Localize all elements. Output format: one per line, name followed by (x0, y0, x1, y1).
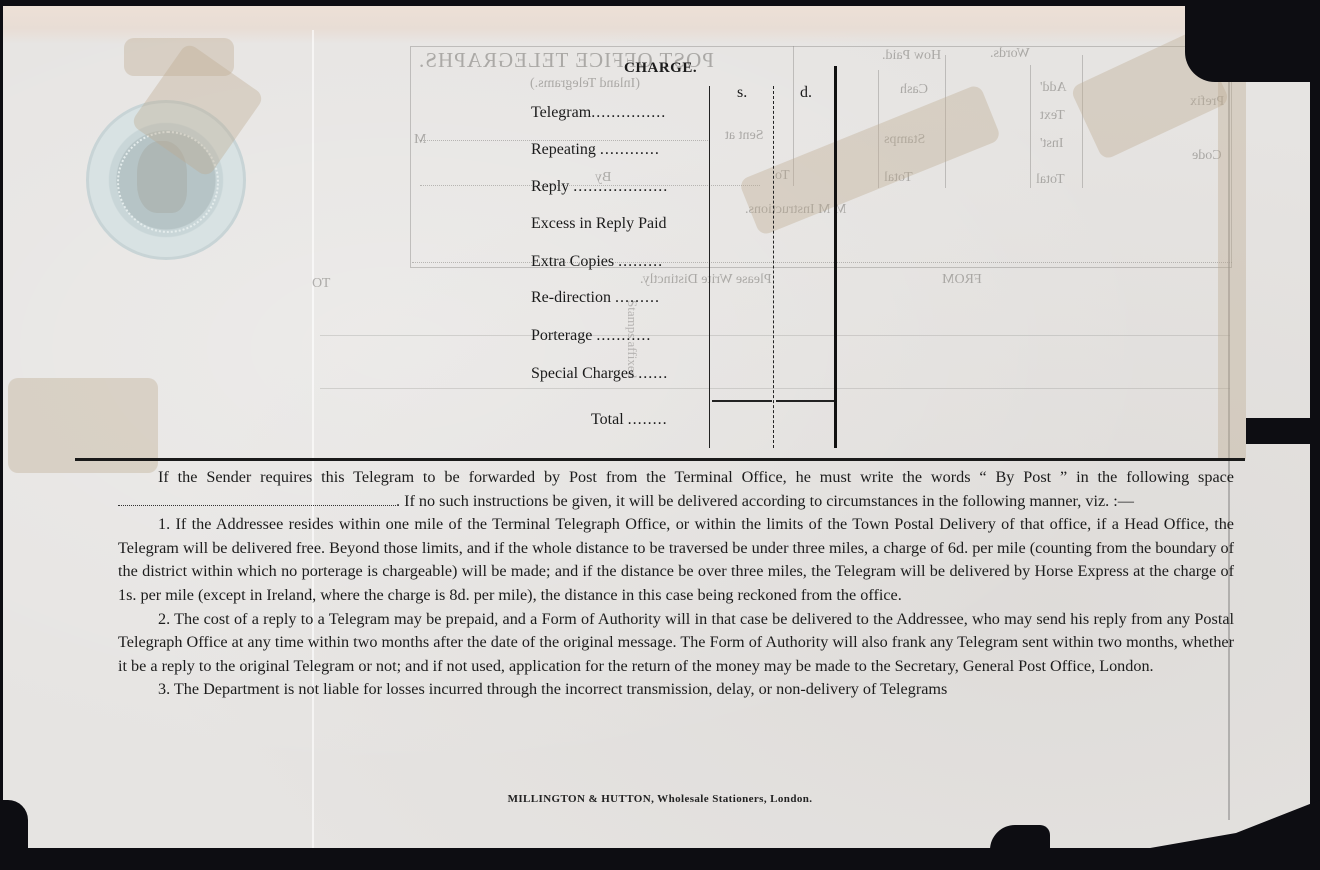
charge-row-excess-reply: Excess in Reply Paid (531, 215, 667, 233)
instructions-para-3: 3. The Department is not liable for loss… (118, 678, 1234, 702)
scan-background-bottom (0, 848, 1320, 870)
charge-row-repeating: Repeating ............ (531, 141, 660, 159)
charge-row-total: Total ........ (591, 411, 668, 429)
ghost-cash: Cash (900, 82, 928, 98)
ghost-subtitle: (Inland Telegrams.) (530, 76, 640, 92)
column-divider (709, 86, 710, 448)
charge-row-telegram: Telegram............... (531, 104, 666, 122)
ghost-to-addr: TO (312, 276, 330, 292)
instructions-para-2: 2. The cost of a reply to a Telegram may… (118, 608, 1234, 679)
scan-background-right (1310, 82, 1320, 870)
charge-row-extra-copies: Extra Copies ......... (531, 253, 663, 271)
printer-imprint: MILLINGTON & HUTTON, Wholesale Stationer… (0, 793, 1320, 805)
ghost-total-right: Total (1036, 172, 1065, 188)
instructions-intro: If the Sender requires this Telegram to … (118, 466, 1234, 513)
total-rule (776, 400, 834, 402)
delivery-instructions: If the Sender requires this Telegram to … (118, 466, 1234, 702)
section-divider-rule (75, 458, 1245, 461)
ghost-divider (1030, 65, 1031, 188)
column-header-shillings: s. (737, 84, 747, 102)
torn-notch-right (1246, 418, 1320, 444)
column-divider-thick (834, 66, 837, 448)
column-divider (773, 86, 774, 448)
charge-row-special-charges: Special Charges ...... (531, 365, 668, 383)
ghost-text: Text (1040, 108, 1065, 124)
charge-row-porterage: Porterage ........... (531, 327, 651, 345)
ghost-words: Words. (990, 46, 1030, 62)
total-rule (712, 400, 772, 402)
ghost-please-write: Please Write Distinctly. (640, 272, 772, 288)
ghost-insts: Inst' (1040, 136, 1064, 152)
hinge-strip (1218, 60, 1246, 460)
torn-edge-bottom-left (0, 800, 28, 855)
ghost-adds: Add' (1040, 80, 1067, 96)
ghost-from: FROM (942, 272, 982, 288)
ghost-rule (320, 335, 1230, 336)
charge-title: CHARGE. (624, 60, 697, 77)
ghost-sent-at: Sent at (725, 128, 764, 144)
torn-corner-top-right (1185, 0, 1320, 82)
by-post-blank-field (118, 493, 396, 506)
ghost-divider (1082, 55, 1083, 188)
instructions-para-1: 1. If the Addressee resides within one m… (118, 513, 1234, 607)
charge-row-redirection: Re-direction ......... (531, 289, 660, 307)
column-header-pence: d. (800, 84, 812, 102)
ghost-how-paid: How Paid. (882, 48, 941, 64)
ghost-rule (320, 388, 1230, 389)
charge-row-reply: Reply ................... (531, 178, 668, 196)
paper-fold-line (312, 30, 314, 860)
